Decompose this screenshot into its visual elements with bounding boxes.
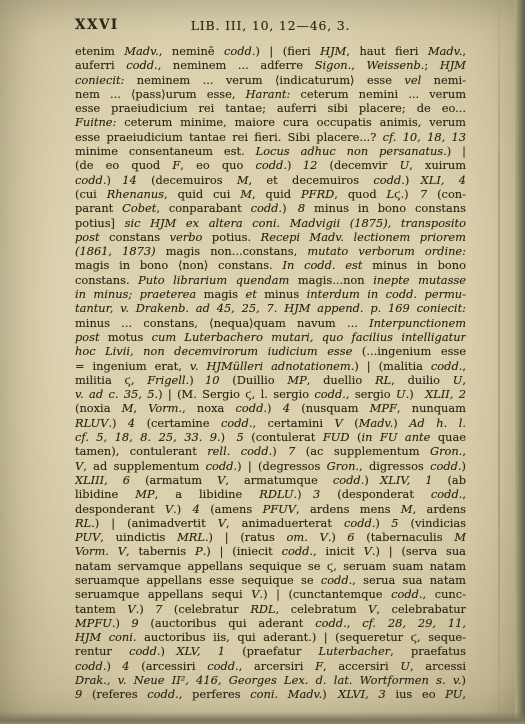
body-line: nem ... ⟨pass⟩urum esse, Harant: ceterum… — [75, 87, 466, 101]
body-line: Drak., v. Neue II², 416, Georges Lex. d.… — [75, 673, 466, 687]
body-line: HJM coni. auctoribus iis, qui aderant.) … — [75, 630, 466, 644]
body-line: esse praeiudicium rei tantae; auferri si… — [75, 101, 466, 115]
body-line: V, ad supplementum codd.) | (degressos G… — [75, 459, 466, 473]
body-line: parant Cobet, conparabant codd.) 8 minus… — [75, 201, 466, 215]
body-line: esse praeiudicium tantae rei fieri. Sibi… — [75, 130, 466, 144]
body-line: Fuitne: ceterum minime, maiore cura occu… — [75, 115, 466, 129]
page-bottom-shadow — [0, 712, 525, 724]
body-line: = ingenium erat, v. HJMülleri adnotation… — [75, 359, 466, 373]
running-title: LIB. III, 10, 12—46, 3. — [75, 18, 466, 33]
body-line: post motus cum Luterbachero mutari, quo … — [75, 330, 466, 344]
body-line: etenim Madv., neminē codd.) | (fieri HJM… — [75, 44, 466, 58]
body-line: seruamque appellans sequi V.) | (cunctan… — [75, 587, 466, 601]
body-line: magis in bono ⟨non⟩ constans. In codd. e… — [75, 258, 466, 272]
body-line: militia ϛ, Frigell.) 10 (Duillio MP, due… — [75, 373, 466, 387]
body-line: tantem V.) 7 (celebratur RDL, celebratum… — [75, 602, 466, 616]
body-line: XLIII, 6 (armatum V, armatumque codd.) X… — [75, 473, 466, 487]
body-line: potius] sic HJM ex altera coni. Madvigii… — [75, 216, 466, 230]
body-line: post constans verbo potius. Recepi Madv.… — [75, 230, 466, 244]
body-line: minime consentaneum est. Locus adhuc non… — [75, 144, 466, 158]
body-line: v. ad c. 35, 5.) | (M. Sergio ϛ, l. serg… — [75, 387, 466, 401]
body-line: constans. Puto librarium quendam magis..… — [75, 273, 466, 287]
body-line: codd.) 14 (decemuiros M, et decemuiros c… — [75, 173, 466, 187]
body-line: (noxia M, Vorm., noxa codd.) 4 (nusquam … — [75, 401, 466, 415]
body-line: (de eo quod F, eo quo codd.) 12 (decemvi… — [75, 158, 466, 172]
body-line: Vorm. V, tabernis P.) | (iniecit codd., … — [75, 544, 466, 558]
body-line: tamen), contulerant rell. codd.) 7 (ac s… — [75, 444, 466, 458]
page-edge — [515, 0, 525, 724]
body-line: PUV, uindictis MRL.) | (ratus om. V.) 6 … — [75, 530, 466, 544]
scanned-book-page: XXVI LIB. III, 10, 12—46, 3. etenim Madv… — [0, 0, 525, 724]
body-line: hoc Livii, non decemvirorum iudicium ess… — [75, 344, 466, 358]
body-line: coniecit: neminem ... verum ⟨indicaturum… — [75, 73, 466, 87]
body-line: MPFU.) 9 (auctoribus qui aderant codd., … — [75, 616, 466, 630]
body-line: auferri codd., neminem ... adferre Sigon… — [75, 58, 466, 72]
body-line: in minus; praeterea magis et minus inter… — [75, 287, 466, 301]
body-line: RLUV.) 4 (certamine codd., certamini V (… — [75, 416, 466, 430]
body-line: rentur codd.) XLV, 1 (praefatur Luterbac… — [75, 644, 466, 658]
body-line: desponderant V.) 4 (amens PFUV, ardens m… — [75, 502, 466, 516]
body-line: codd.) 4 (arcessiri codd., arcersiri F, … — [75, 659, 466, 673]
page-crease — [498, 0, 500, 724]
page-header: XXVI LIB. III, 10, 12—46, 3. — [75, 17, 466, 35]
body-line: libidine MP, a libidine RDLU.) 3 (despon… — [75, 487, 466, 501]
body-line: RL.) | (animadvertit V, animaduerterat c… — [75, 516, 466, 530]
body-line: cf. 5, 18, 8. 25, 33. 9.) 5 (contulerat … — [75, 430, 466, 444]
body-line: 9 (referes codd., perferes coni. Madv.) … — [75, 687, 466, 701]
body-line: (cui Rhenanus, quid cui M, quid PFRD, qu… — [75, 187, 466, 201]
body-line: tantur, v. Drakenb. ad 45, 25, 7. HJM ap… — [75, 301, 466, 315]
body-line: minus ... constans, ⟨nequa⟩quam navum ..… — [75, 316, 466, 330]
body-line: (1861, 1873) magis non...constans, mutat… — [75, 244, 466, 258]
body-text: etenim Madv., neminē codd.) | (fieri HJM… — [75, 44, 466, 702]
body-line: seruamque appellans esse sequique se cod… — [75, 573, 466, 587]
body-line: natam servamque appellans sequique se ϛ,… — [75, 559, 466, 573]
